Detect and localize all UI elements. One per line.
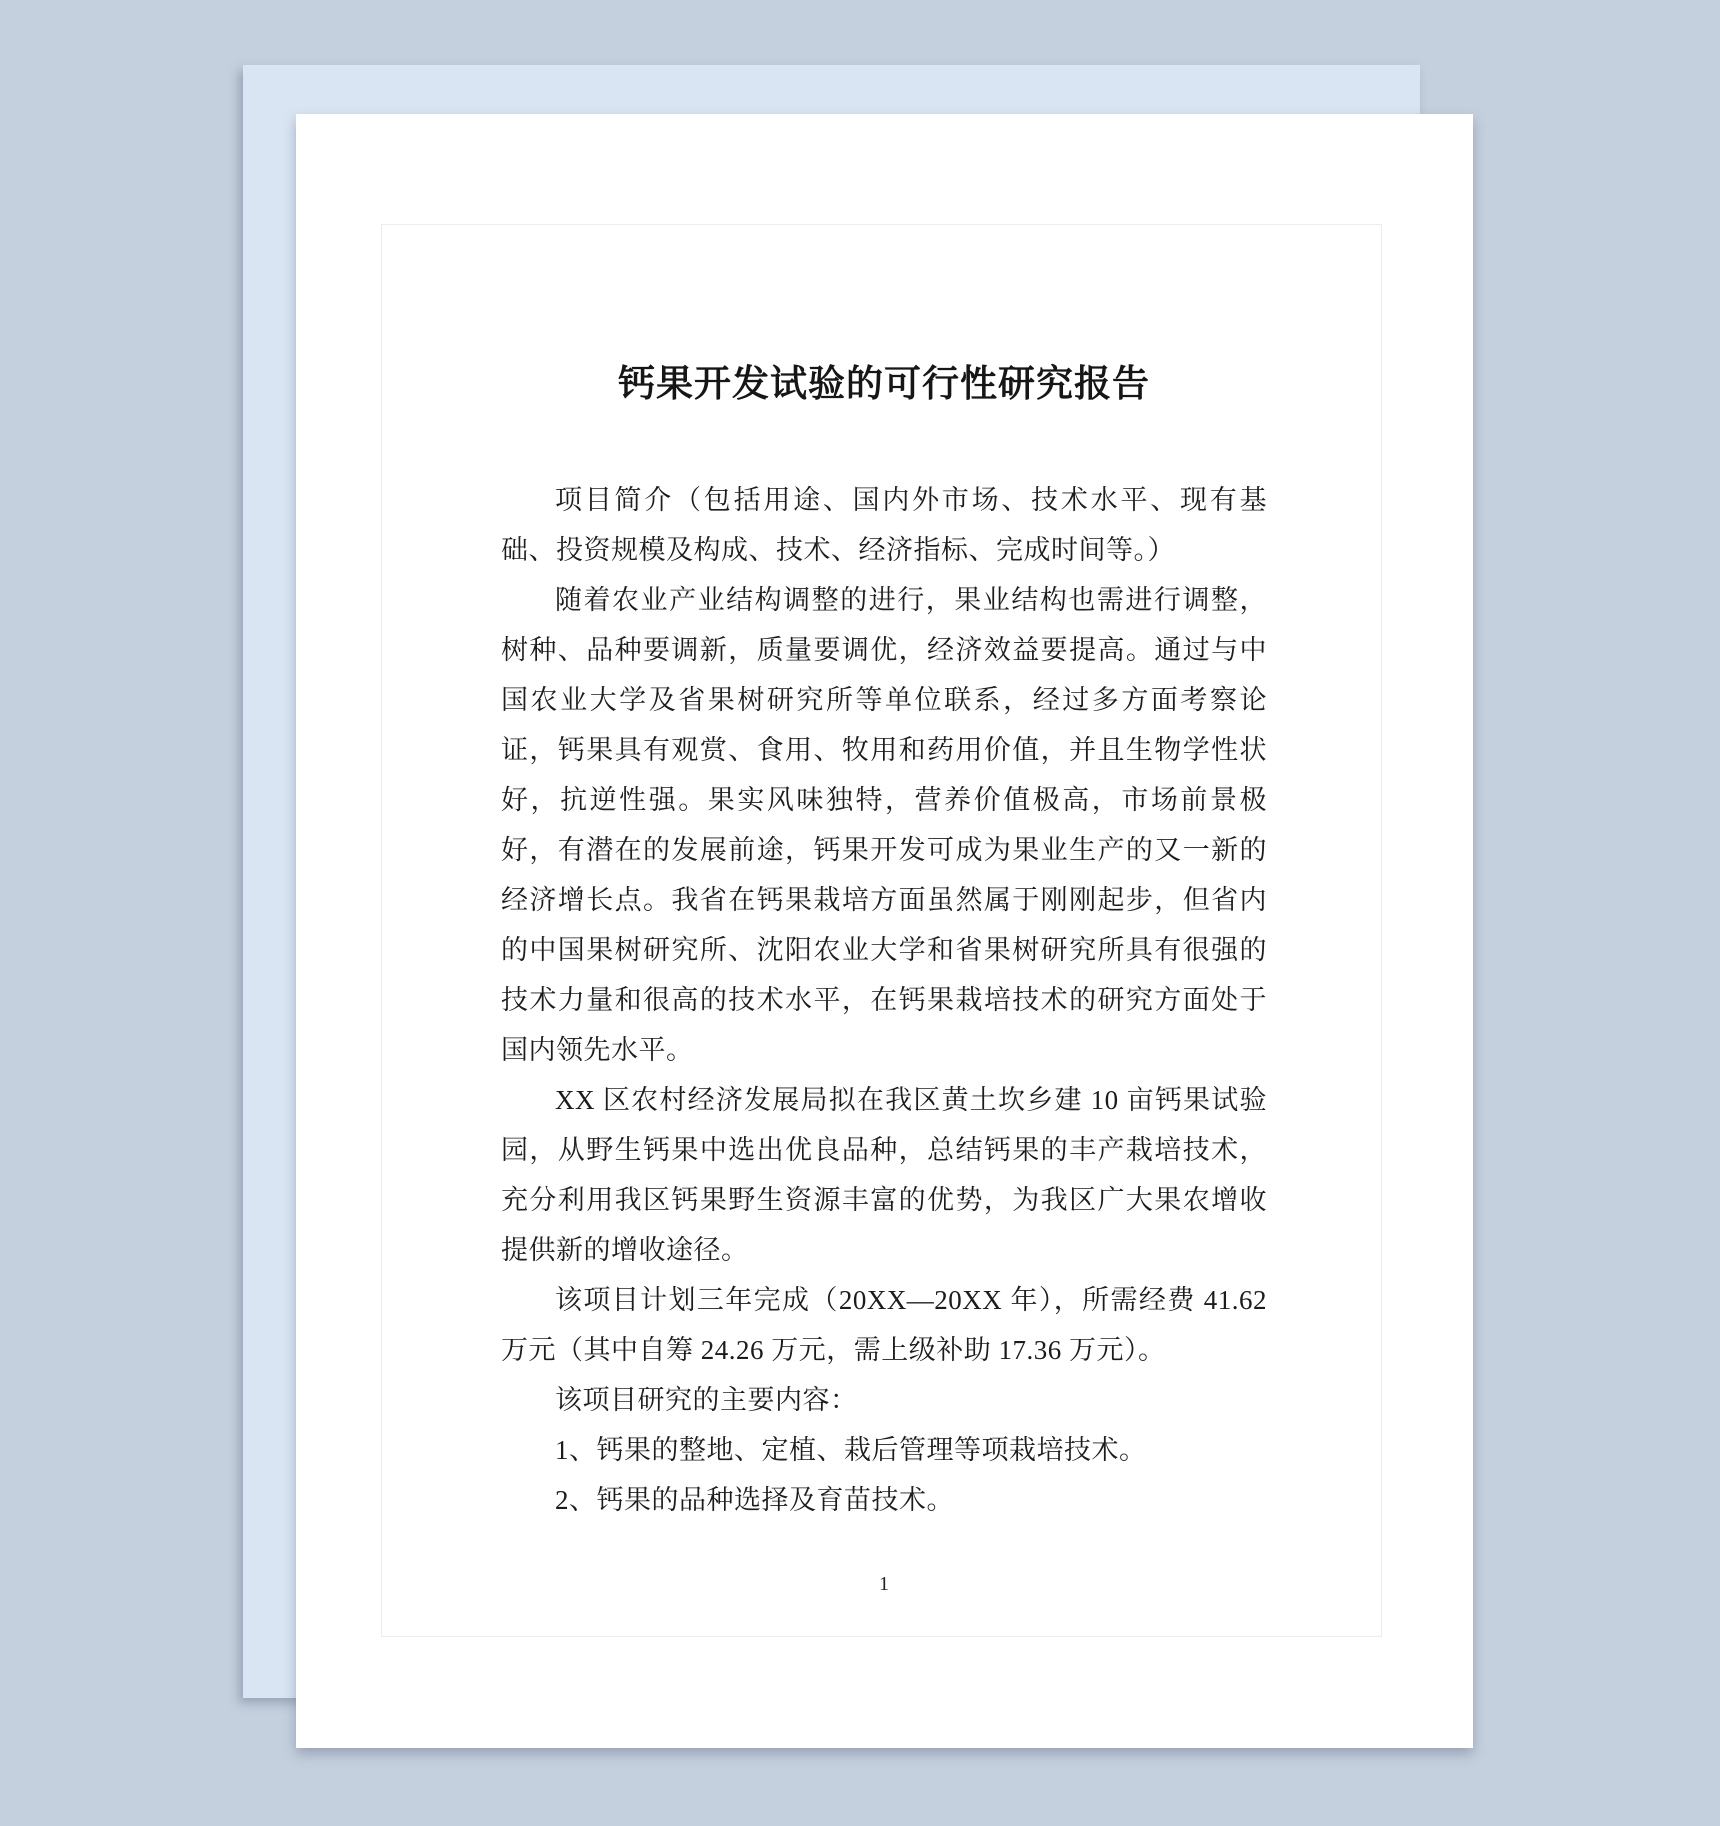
text-frame-border: 钙果开发试验的可行性研究报告 项目简介（包括用途、国内外市场、技术水平、现有基础… bbox=[381, 224, 1382, 1637]
page-number: 1 bbox=[501, 1571, 1267, 1597]
paragraph-item-2: 2、钙果的品种选择及育苗技术。 bbox=[501, 1475, 1267, 1525]
paragraph-background: 随着农业产业结构调整的进行，果业结构也需进行调整，树种、品种要调新，质量要调优，… bbox=[501, 575, 1267, 1075]
paragraph-item-1: 1、钙果的整地、定植、栽后管理等项栽培技术。 bbox=[501, 1425, 1267, 1475]
paragraph-plan: XX 区农村经济发展局拟在我区黄土坎乡建 10 亩钙果试验园，从野生钙果中选出优… bbox=[501, 1075, 1267, 1275]
paragraph-contents-heading: 该项目研究的主要内容： bbox=[501, 1375, 1267, 1425]
document-page: 钙果开发试验的可行性研究报告 项目简介（包括用途、国内外市场、技术水平、现有基础… bbox=[296, 114, 1473, 1748]
document-body: 项目简介（包括用途、国内外市场、技术水平、现有基础、投资规模及构成、技术、经济指… bbox=[501, 475, 1267, 1525]
paragraph-budget: 该项目计划三年完成（20XX—20XX 年），所需经费 41.62 万元（其中自… bbox=[501, 1275, 1267, 1375]
paragraph-intro: 项目简介（包括用途、国内外市场、技术水平、现有基础、投资规模及构成、技术、经济指… bbox=[501, 475, 1267, 575]
document-title: 钙果开发试验的可行性研究报告 bbox=[501, 359, 1267, 411]
desktop-background: 钙果开发试验的可行性研究报告 项目简介（包括用途、国内外市场、技术水平、现有基础… bbox=[0, 0, 1720, 1826]
